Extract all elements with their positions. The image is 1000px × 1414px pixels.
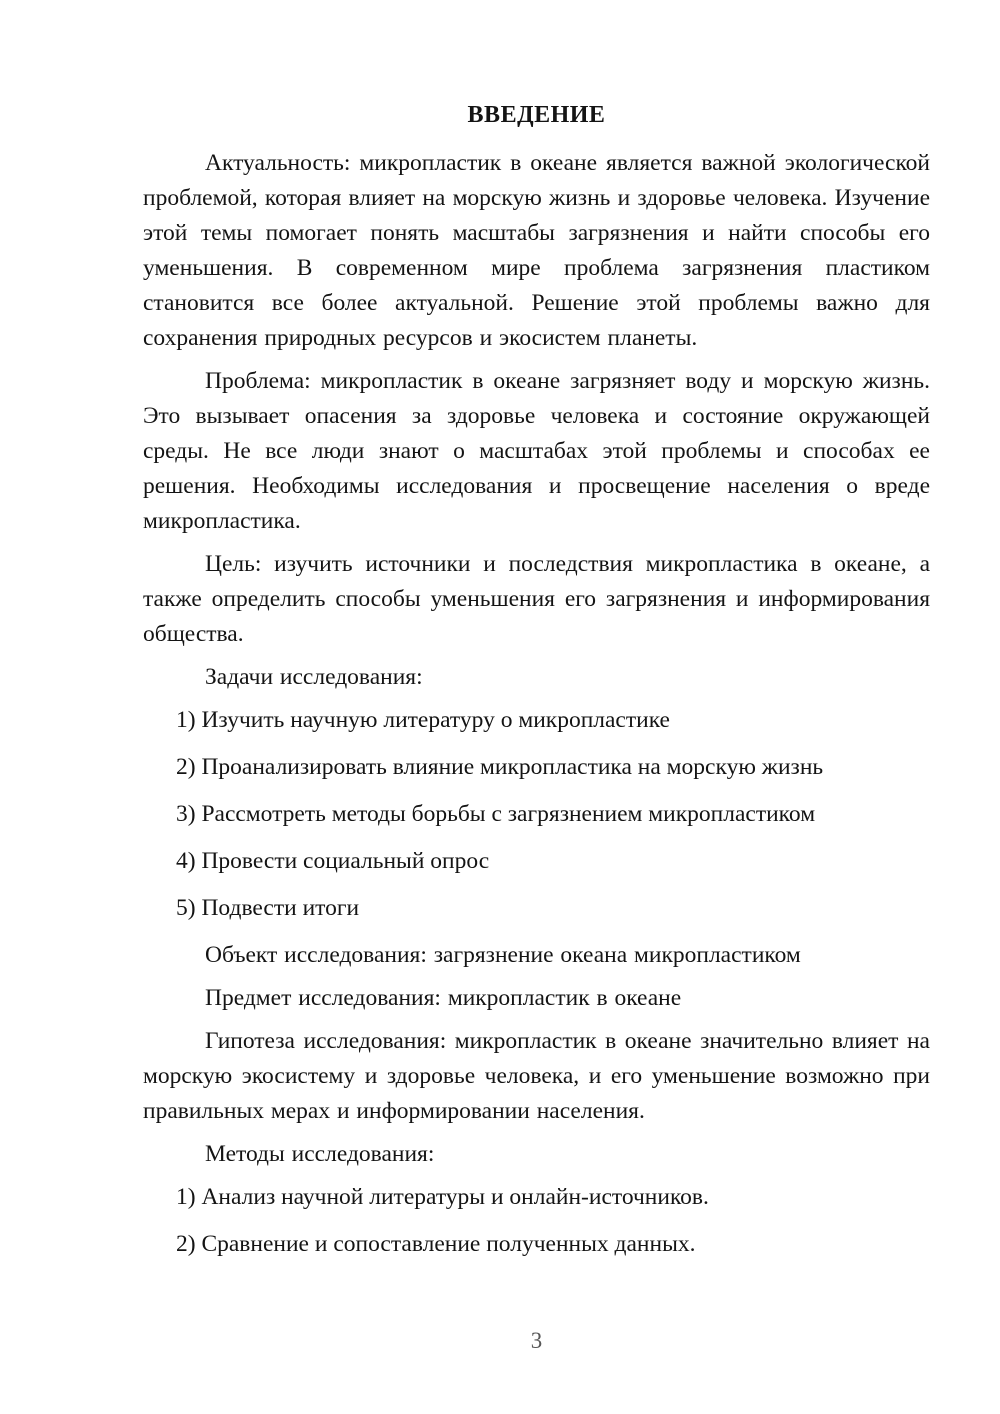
tasks-heading: Задачи исследования: [143,660,930,695]
task-list-item: 3) Рассмотреть методы борьбы с загрязнен… [143,797,930,832]
text-column: ВВЕДЕНИЕ Актуальность: микропластик в ок… [143,98,930,1274]
page-number: 3 [143,1326,930,1356]
task-list-item: 5) Подвести итоги [143,891,930,926]
method-list-item: 2) Сравнение и сопоставление полученных … [143,1227,930,1262]
paragraph-object: Объект исследования: загрязнение океана … [143,938,930,973]
paragraph-subject: Предмет исследования: микропластик в оке… [143,981,930,1016]
document-page: ВВЕДЕНИЕ Актуальность: микропластик в ок… [0,0,1000,1414]
paragraph-goal: Цель: изучить источники и последствия ми… [143,547,930,652]
paragraph-hypothesis: Гипотеза исследования: микропластик в ок… [143,1024,930,1129]
method-list-item: 1) Анализ научной литературы и онлайн-ис… [143,1180,930,1215]
task-list-item: 4) Провести социальный опрос [143,844,930,879]
paragraph-relevance: Актуальность: микропластик в океане явля… [143,146,930,356]
paragraph-problem: Проблема: микропластик в океане загрязня… [143,364,930,539]
methods-heading: Методы исследования: [143,1137,930,1172]
task-list-item: 1) Изучить научную литературу о микропла… [143,703,930,738]
task-list-item: 2) Проанализировать влияние микропластик… [143,750,930,785]
page-title: ВВЕДЕНИЕ [143,98,930,133]
